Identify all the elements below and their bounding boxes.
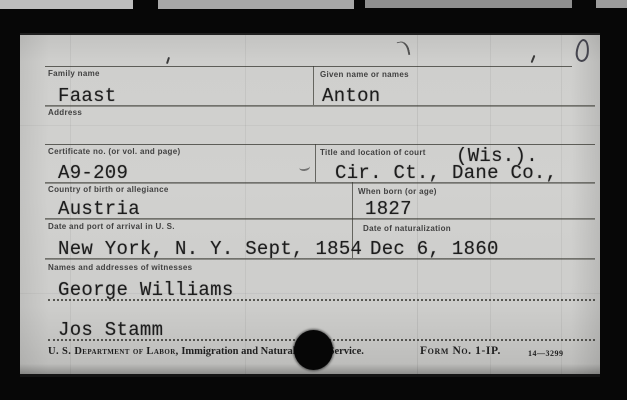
typed-witness-2: Jos Stamm — [58, 319, 163, 341]
typed-family-name: Faast — [58, 85, 117, 107]
field-label-certificate: Certificate no. (or vol. and page) — [48, 147, 180, 156]
footer-form-number: Form No. 1-IP. — [420, 345, 501, 357]
film-edge-band — [158, 0, 354, 9]
typed-given-name: Anton — [322, 85, 381, 107]
field-label-family-name: Family name — [48, 69, 100, 78]
film-edge-band — [596, 0, 627, 8]
typed-country: Austria — [58, 198, 140, 220]
hole-punch — [294, 330, 333, 370]
field-label-born: When born (or age) — [358, 187, 437, 196]
field-label-court: Title and location of court — [320, 148, 426, 157]
scan-streak — [245, 35, 246, 374]
pen-loop-mark — [575, 38, 591, 62]
column-divider — [315, 144, 316, 182]
scan-streak — [20, 125, 600, 126]
pen-tick-mark — [531, 55, 536, 63]
typed-naturalization-date: Dec 6, 1860 — [370, 238, 499, 260]
scan-streak — [417, 35, 418, 374]
typed-court: Cir. Ct., Dane Co., — [335, 162, 557, 184]
field-label-address: Address — [48, 108, 82, 117]
field-label-given-name: Given name or names — [320, 70, 409, 79]
field-label-arrival: Date and port of arrival in U. S. — [48, 222, 175, 231]
pen-tick-mark — [166, 57, 170, 64]
field-label-naturalization: Date of naturalization — [363, 224, 451, 233]
ruled-line — [45, 105, 595, 107]
pen-curve-mark — [397, 40, 411, 57]
field-label-country: Country of birth or allegiance — [48, 185, 169, 194]
typed-arrival: New York, N. Y. Sept, 1854 — [58, 238, 362, 260]
footer-agency-department: U. S. Department of Labor, — [48, 346, 179, 357]
scan-streak — [561, 35, 562, 374]
typed-born-year: 1827 — [365, 198, 412, 220]
footer-print-code: 14—3299 — [528, 349, 564, 358]
pen-tilde-mark — [298, 162, 310, 171]
index-card: Family name Given name or names Address … — [20, 33, 600, 377]
film-edge-band — [0, 0, 133, 9]
typed-witness-1: George Williams — [58, 279, 234, 301]
scan-streak — [490, 35, 491, 374]
column-divider — [313, 66, 314, 105]
typed-certificate-no: A9-209 — [58, 162, 128, 184]
film-edge-band — [365, 0, 572, 8]
field-label-witnesses: Names and addresses of witnesses — [48, 263, 192, 272]
ruled-line — [45, 66, 572, 67]
footer-agency-service: Immigration and Naturalization Service. — [181, 346, 364, 357]
microfilm-scan: Family name Given name or names Address … — [0, 0, 627, 400]
